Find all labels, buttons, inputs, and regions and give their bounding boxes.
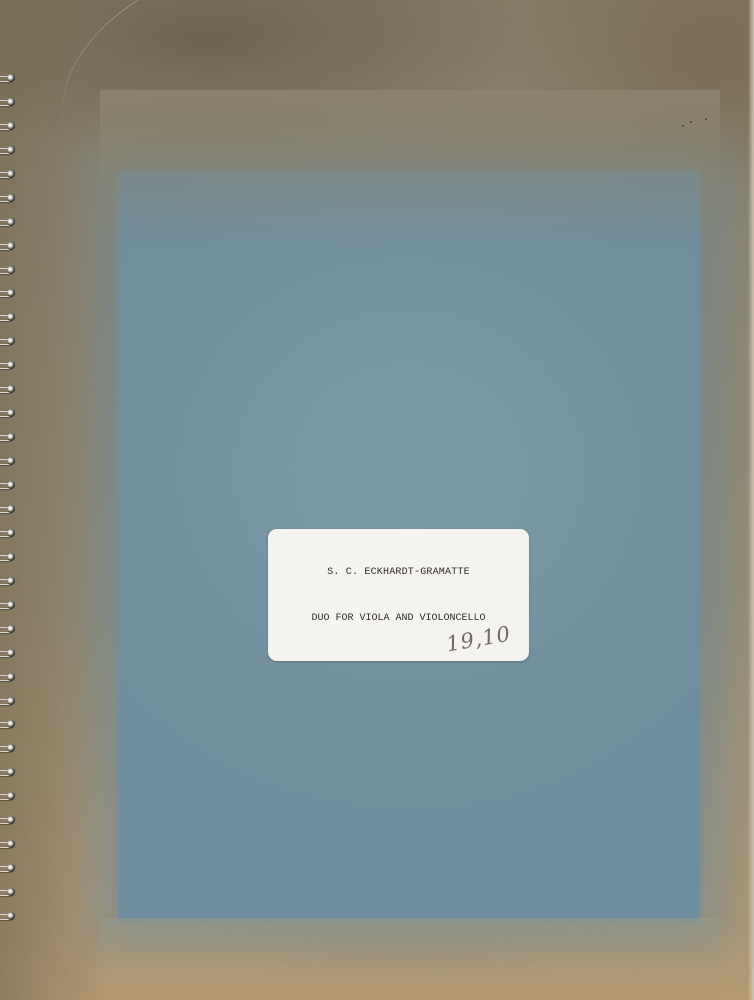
spiral-coil: [0, 385, 18, 394]
punch-hole: [7, 481, 15, 489]
spiral-binding: [0, 0, 22, 1000]
spiral-coil: [0, 146, 18, 155]
punch-hole: [7, 98, 15, 106]
spiral-coil: [0, 289, 18, 298]
spiral-coil: [0, 577, 18, 586]
punch-hole: [7, 697, 15, 705]
spiral-coil: [0, 529, 18, 538]
spiral-coil: [0, 242, 18, 251]
punch-hole: [7, 194, 15, 202]
spiral-coil: [0, 266, 18, 275]
punch-hole: [7, 840, 15, 848]
speck: [705, 118, 707, 120]
spiral-coil: [0, 888, 18, 897]
punch-hole: [7, 649, 15, 657]
spiral-coil: [0, 337, 18, 346]
punch-hole: [7, 218, 15, 226]
punch-hole: [7, 744, 15, 752]
punch-hole: [7, 912, 15, 920]
spiral-coil: [0, 409, 18, 418]
punch-hole: [7, 864, 15, 872]
punch-hole: [7, 409, 15, 417]
spiral-coil: [0, 481, 18, 490]
spiral-coil: [0, 505, 18, 514]
spiral-coil: [0, 816, 18, 825]
punch-hole: [7, 768, 15, 776]
top-fade: [100, 90, 720, 250]
spiral-coil: [0, 313, 18, 322]
spiral-coil: [0, 840, 18, 849]
spiral-coil: [0, 98, 18, 107]
spiral-coil: [0, 457, 18, 466]
composer-name: S. C. ECKHARDT-GRAMATTE: [268, 567, 529, 578]
spiral-coil: [0, 697, 18, 706]
spiral-coil: [0, 122, 18, 131]
handwritten-number: 19,10: [444, 622, 512, 657]
punch-hole: [7, 529, 15, 537]
spiral-coil: [0, 433, 18, 442]
punch-hole: [7, 170, 15, 178]
punch-hole: [7, 337, 15, 345]
spiral-coil: [0, 74, 18, 83]
spiral-coil: [0, 170, 18, 179]
cover-label: S. C. ECKHARDT-GRAMATTE DUO FOR VIOLA AN…: [268, 529, 529, 661]
spiral-coil: [0, 768, 18, 777]
punch-hole: [7, 816, 15, 824]
punch-hole: [7, 266, 15, 274]
punch-hole: [7, 433, 15, 441]
spiral-coil: [0, 361, 18, 370]
punch-hole: [7, 625, 15, 633]
spiral-coil: [0, 194, 18, 203]
punch-hole: [7, 673, 15, 681]
punch-hole: [7, 361, 15, 369]
punch-hole: [7, 888, 15, 896]
spiral-coil: [0, 864, 18, 873]
punch-hole: [7, 601, 15, 609]
punch-hole: [7, 385, 15, 393]
punch-hole: [7, 553, 15, 561]
spiral-coil: [0, 744, 18, 753]
work-title: DUO FOR VIOLA AND VIOLONCELLO: [268, 613, 529, 624]
punch-hole: [7, 505, 15, 513]
bottom-band: [100, 918, 720, 958]
spiral-coil: [0, 218, 18, 227]
punch-hole: [7, 313, 15, 321]
punch-hole: [7, 792, 15, 800]
punch-hole: [7, 720, 15, 728]
punch-hole: [7, 457, 15, 465]
spiral-coil: [0, 673, 18, 682]
spiral-coil: [0, 912, 18, 921]
spiral-coil: [0, 553, 18, 562]
punch-hole: [7, 577, 15, 585]
spiral-coil: [0, 792, 18, 801]
spiral-coil: [0, 649, 18, 658]
punch-hole: [7, 74, 15, 82]
spiral-coil: [0, 720, 18, 729]
punch-hole: [7, 242, 15, 250]
speck: [690, 121, 692, 123]
spiral-coil: [0, 601, 18, 610]
spiral-coil: [0, 625, 18, 634]
speck: [682, 125, 684, 127]
punch-hole: [7, 122, 15, 130]
paper-edge: [748, 0, 754, 1000]
punch-hole: [7, 146, 15, 154]
score-cover: S. C. ECKHARDT-GRAMATTE DUO FOR VIOLA AN…: [0, 0, 754, 1000]
punch-hole: [7, 289, 15, 297]
